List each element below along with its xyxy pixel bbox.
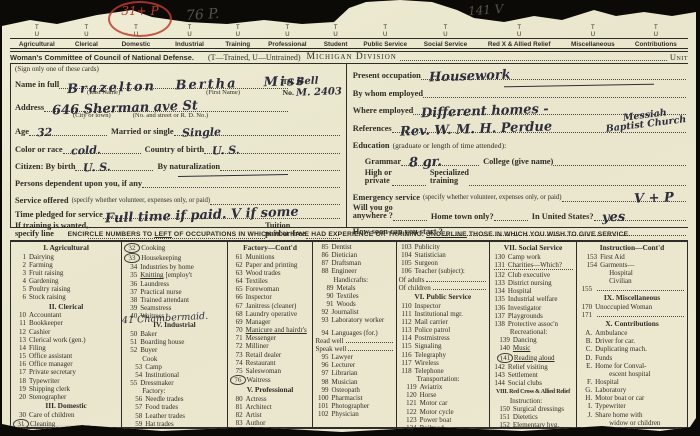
occupation-item: 13Clerical work (gen.) — [13, 336, 119, 344]
occupation-item: 37Practical nurse — [124, 288, 224, 296]
occupation-label: Institutional mgr. — [415, 310, 463, 318]
occupation-item: Read well — [315, 337, 393, 345]
occupation-number: 136 — [492, 304, 505, 312]
occupation-number: D. — [579, 354, 592, 362]
occupation-number: 93 — [315, 316, 328, 324]
occupation-item: 97Librarian — [315, 369, 393, 377]
occupation-number: 62 — [230, 261, 243, 269]
occupation-item: 112Mail carrier — [399, 318, 487, 326]
occupation-section-heading: Factory—Cont'd — [230, 244, 311, 252]
address-label: Address — [15, 103, 44, 112]
occupation-label: Laboratory — [595, 386, 626, 394]
occupation-number: 130 — [492, 253, 505, 261]
occupation-number: 121 — [404, 399, 417, 407]
occupation-number: 74 — [230, 359, 243, 367]
occupation-label-tail: [employ't — [166, 271, 193, 279]
occupation-column-3: Factory—Cont'd61Munitions62Paper and pri… — [227, 241, 313, 427]
occupation-label: Lecturer — [331, 361, 355, 369]
occupation-number: C. — [579, 345, 592, 353]
occupation-label: Trained attendant — [140, 296, 189, 304]
occupation-number: 150 — [497, 405, 510, 413]
occupation-label: Janitress (cleaner) — [246, 302, 297, 310]
occupation-number: 133 — [492, 279, 505, 287]
occupation-number: 38 — [124, 296, 137, 304]
service-offered-label: Service offered — [15, 196, 69, 205]
occupation-number: 171 — [579, 311, 592, 319]
occupation-label: Hospital — [508, 287, 532, 295]
occupation-label: Cook — [142, 355, 157, 363]
occupation-number: 65 — [230, 285, 243, 293]
occupation-item: 86Dietician — [315, 251, 393, 259]
occupation-item: 31Cleaning — [13, 419, 119, 427]
occupation-label: Driver for car. — [595, 337, 635, 345]
occupation-label: Hospital — [609, 269, 633, 277]
occupation-item: 56Needle trades — [124, 395, 224, 403]
occupation-label: Gardening — [29, 277, 59, 285]
occupation-label: Hospital — [595, 378, 619, 386]
category-social-service: TUSocial Service — [415, 25, 477, 48]
occupation-number: 3 — [13, 269, 26, 277]
occupation-number: 144 — [492, 379, 505, 387]
occupation-number: 63 — [230, 269, 243, 277]
occupation-label: Camp — [145, 363, 162, 371]
occupation-label: Garments— — [600, 261, 634, 269]
handwritten-age: 32 — [37, 128, 53, 138]
occupation-number: 14 — [13, 344, 26, 352]
trained-untrained-marks: TU — [415, 25, 477, 38]
occupation-section-heading: VI. Public Service — [399, 293, 487, 301]
category-agricultural: TUAgricultural — [10, 25, 64, 48]
occupation-number: 57 — [129, 403, 142, 411]
occupation-label: Duplicating mach. — [595, 345, 647, 353]
occupation-item: 32Cooking — [124, 243, 224, 253]
occupation-item: 143Settlement — [492, 371, 574, 379]
occupation-item: 133District nursing — [492, 279, 574, 287]
occupation-label: Instruction: — [510, 397, 542, 405]
occupation-number: 58 — [129, 412, 142, 420]
occupation-item: 65Forewoman — [230, 285, 311, 293]
handwritten-reference: Rev. W. M. H. Perdue — [400, 122, 552, 136]
references-label: References — [353, 124, 392, 133]
occupation-item: 4Gardening — [13, 277, 119, 285]
occupation-number: 64 — [230, 277, 243, 285]
occupation-label: Investigator — [508, 304, 541, 312]
category-label: Clerical — [64, 38, 110, 48]
occupation-label: Librarian — [331, 369, 357, 377]
occupation-number: 132 — [492, 271, 505, 279]
occupation-label: Recreational: — [510, 328, 547, 336]
occupation-item: 123Power boat — [399, 416, 487, 424]
occupation-item: 155 — [579, 285, 685, 293]
occupation-label: Club executive — [508, 271, 550, 279]
handwritten-married: Single — [181, 127, 220, 137]
occupation-item: 115Signaling — [399, 342, 487, 350]
handwritten-country: U. S. — [212, 146, 240, 156]
occupation-number: 111 — [399, 310, 412, 318]
name-field: Name in full Brazelton Bertha Miss — [15, 79, 288, 89]
category-label: Contributions — [624, 38, 688, 48]
form-area: (Sign only one of these cards) Tel. Bell… — [10, 63, 688, 228]
occupation-item: 73Retail dealer — [230, 351, 311, 359]
occupation-label: widow or children — [609, 419, 660, 427]
occupation-item: 94Languages (for.) — [315, 329, 393, 337]
occupation-number: 95 — [315, 353, 328, 361]
occupation-label: Civilian — [609, 277, 632, 285]
occupation-number: G. — [579, 386, 592, 394]
dotted-line — [433, 289, 486, 290]
occupation-number: 170 — [579, 303, 592, 311]
occupation-item: 30Care of children — [13, 411, 119, 419]
occupation-item: H.Motor boat or car — [579, 394, 685, 402]
occupation-number: 56 — [129, 395, 142, 403]
occupation-label: Physician — [331, 410, 358, 418]
handwritten-yes: yes — [601, 212, 624, 222]
occupation-number: 123 — [404, 416, 417, 424]
handwritten-pencil-note: 76 P. — [185, 6, 219, 24]
occupation-number: 11 — [13, 319, 26, 327]
occupation-label: Institutional — [145, 371, 179, 379]
occupation-item: 63Wood trades — [230, 269, 311, 277]
occupation-label: First Aid — [600, 253, 625, 261]
category-label: Miscellaneous — [562, 38, 624, 48]
occupation-number: 139 — [497, 336, 510, 344]
occupation-item: 117Wireless — [399, 359, 487, 367]
occupation-item: 120Horse — [399, 391, 487, 399]
occupation-item: 113Police patrol — [399, 326, 487, 334]
occupation-label: Hat trades — [145, 420, 174, 427]
occupation-label: Motor car — [420, 399, 448, 407]
occupation-label: Unoccupied Woman — [595, 303, 652, 311]
occupation-label: Camp work — [508, 253, 541, 261]
occupation-item: 53Camp — [124, 363, 224, 371]
dotted-line — [346, 342, 393, 343]
occupation-label: Textiles — [336, 292, 358, 300]
occupation-section-heading: VIII. Red Cross & Allied Relief — [492, 388, 574, 396]
occupation-number: 103 — [399, 243, 412, 251]
occupation-number: 1 — [13, 253, 26, 261]
time-pledged-field: Time pledged for service Full time if pa… — [15, 209, 340, 219]
occupation-item: 39Seamstress — [124, 304, 224, 312]
occupation-item: 104Statistician — [399, 251, 487, 259]
occupation-item: 11Bookkeeper — [13, 319, 119, 327]
occupation-label: Laboratory worker — [331, 316, 384, 324]
occupation-number: 17 — [13, 368, 26, 376]
occupation-column-4: 85Dentist86Dietician87Draftsman88Enginee… — [312, 241, 395, 427]
handwritten-red-circled-note: 31+ P — [108, 1, 172, 37]
occupation-label: Typewriter — [29, 377, 60, 385]
handwritten-stroke — [178, 174, 288, 177]
occupation-section-heading: II. Clerical — [13, 303, 119, 311]
occupation-label: Inspector — [246, 293, 272, 301]
occupation-number: 116 — [399, 351, 412, 359]
occupation-label: Office manager — [29, 360, 73, 368]
occupation-label: Railroad — [420, 424, 444, 427]
occupation-item: F.Hospital — [579, 378, 685, 386]
occupation-label: Waitress — [247, 376, 271, 384]
occupation-number: 100 — [315, 394, 328, 402]
occupation-item: C.Duplicating mach. — [579, 345, 685, 353]
handwritten-stroke — [504, 84, 654, 88]
occupation-label: Photographer — [331, 402, 369, 410]
occupation-number: 85 — [315, 243, 328, 251]
occupation-number: 88 — [315, 267, 328, 275]
occupation-label: Motor cycle — [420, 408, 454, 416]
age-field: Age 32 Married or single Single — [15, 126, 340, 136]
race-field: Color or race cold. Country of birth U. … — [15, 144, 340, 154]
occupation-label: Engineer — [331, 267, 356, 275]
occupation-section-heading: IV. Industrial41 Chambermaid. — [124, 321, 224, 329]
occupation-number: 18 — [13, 377, 26, 385]
occupation-number: 112 — [399, 318, 412, 326]
race-label: Color or race — [15, 145, 63, 154]
occupation-item: 62Paper and printing — [230, 261, 311, 269]
occupation-number: 4 — [13, 277, 26, 285]
occupation-number: B. — [579, 337, 592, 345]
occupation-item: 114Postmistress — [399, 334, 487, 342]
occupation-item: 105Surgeon — [399, 259, 487, 267]
occupation-label: Baker — [140, 330, 157, 338]
occupation-label: Accountant — [29, 311, 61, 319]
occupation-item: 1Dairying — [13, 253, 119, 261]
occupation-item: 138Protective assoc'n — [492, 320, 574, 328]
occupation-label: Private secretary — [29, 368, 76, 376]
committee-row: Woman's Committee of Council of National… — [10, 52, 688, 62]
pen-circled-number: 76 — [229, 374, 246, 386]
age-label: Age — [15, 127, 29, 136]
occupation-item: 90Textiles — [315, 292, 393, 300]
occupation-label: Milliner — [246, 342, 269, 350]
occupations-grid: I. Agricultural1Dairying2Farming3Fruit r… — [10, 241, 688, 429]
occupation-label: Retail dealer — [246, 351, 282, 359]
handwritten-race: cold. — [70, 145, 100, 155]
pen-circled-number: 33 — [124, 252, 141, 264]
emergency-service-label: Emergency service — [353, 193, 420, 202]
occupation-number: 61 — [230, 253, 243, 261]
occupation-label: Author — [246, 419, 266, 427]
occupation-number: 86 — [315, 251, 328, 259]
occupation-field: Present occupation Housework — [353, 70, 686, 80]
occupation-item: 50Baker — [124, 330, 224, 338]
occupation-label: Publicity — [415, 243, 440, 251]
division-title: Michigan Division — [307, 52, 397, 62]
occupation-number: 96 — [315, 361, 328, 369]
occupation-item: 111Institutional mgr. — [399, 310, 487, 318]
occupation-label: Languages (for.) — [331, 329, 377, 337]
occupation-label: Police patrol — [415, 326, 451, 334]
occupation-item: 19Shipping clerk — [13, 385, 119, 393]
occupation-number: 89 — [320, 284, 333, 292]
pen-circled-number: 31 — [13, 418, 30, 427]
occupation-item: 15Office assistant — [13, 352, 119, 360]
occupation-number: 110 — [399, 302, 412, 310]
trained-untrained-marks: TU — [163, 25, 217, 38]
occupation-item: 99Osteopath — [315, 386, 393, 394]
occupation-item: 57Food trades — [124, 403, 224, 411]
occupation-label: Practical nurse — [140, 288, 181, 296]
occupation-item: Of adults — [399, 276, 487, 284]
occupation-label: Osteopath — [331, 386, 359, 394]
category-label: Training — [216, 38, 259, 48]
occupation-number: F. — [579, 378, 592, 386]
occupation-number: 55 — [124, 379, 137, 387]
occupation-item: 132Club executive — [492, 271, 574, 279]
registration-card: TUAgriculturalTUClericalTUDomesticTUIndu… — [2, 0, 696, 434]
occupation-item: 170Unoccupied Woman — [579, 303, 685, 311]
address-field: Address 646 Sherman ave St — [15, 102, 288, 112]
occupation-number: 71 — [230, 334, 243, 342]
occupation-item: Of children — [399, 284, 487, 292]
occupation-item: 96Lecturer — [315, 361, 393, 369]
occupation-label: escent hospital — [609, 370, 650, 378]
occupation-label: Knitting — [140, 271, 163, 279]
occupation-item: 55Dressmaker — [124, 379, 224, 387]
occupation-label: Boarding house — [140, 338, 184, 346]
occupation-number: 72 — [230, 342, 243, 350]
occupation-item: 35Knitting[employ't — [124, 271, 224, 279]
category-label: Social Service — [415, 38, 477, 48]
occupation-section-heading: VII. Social Service — [492, 244, 574, 252]
occupation-item: 66Inspector — [230, 293, 311, 301]
occupation-number: 105 — [399, 259, 412, 267]
occupation-item: 151Dietetics — [492, 413, 574, 421]
occupation-label: Aviatrix — [420, 383, 443, 391]
occupation-item: 116Telegraphy — [399, 351, 487, 359]
occupation-item: 152Elementary hyg. — [492, 421, 574, 427]
occupation-number: 118 — [399, 367, 412, 375]
occupation-item: 106Teacher (subject): — [399, 267, 487, 275]
dotted-line — [494, 269, 573, 270]
occupation-number: 5 — [13, 285, 26, 293]
sign-note: (Sign only one of these cards) — [15, 65, 340, 74]
occupation-label: Dietician — [331, 251, 357, 259]
occupation-column-7: Instruction—Cont'd153First Aid154Garment… — [576, 241, 687, 427]
occupation-number: 117 — [399, 359, 412, 367]
trained-untrained-marks: TU — [562, 25, 624, 38]
occupation-number: 87 — [315, 259, 328, 267]
occupation-number: 131 — [492, 261, 505, 269]
handwritten-occupation: Housework — [429, 71, 511, 83]
occupation-label: Cooking — [141, 244, 165, 252]
occupation-item: 80Actress — [230, 395, 311, 403]
occupation-item: 34Industries by home — [124, 263, 224, 271]
trained-untrained-marks: TU — [624, 25, 688, 38]
occupation-label: Typewriter — [595, 402, 626, 410]
occupation-item: 64Textiles — [230, 277, 311, 285]
instruction-banner: ENCIRCLE NUMBERS TO LEFT OF OCCUPATIONS … — [10, 227, 688, 242]
occupation-label: Metals — [336, 284, 355, 292]
occupation-item: 101Photographer — [315, 402, 393, 410]
citizen-field: Citizen: By birth U. S. By naturalizatio… — [15, 161, 340, 171]
occupation-label: Power boat — [420, 416, 452, 424]
occupation-label: Artist — [246, 411, 262, 419]
occupation-label: Signaling — [415, 342, 442, 350]
occupation-item: widow or children — [579, 419, 685, 427]
occupation-number: 142 — [492, 363, 505, 371]
occupation-item: 20Stenographer — [13, 393, 119, 401]
occupation-subheading: Factory: — [124, 387, 224, 395]
occupation-label: Leather trades — [145, 412, 185, 420]
occupation-item: 141Reading aloud — [492, 353, 574, 363]
trained-untrained-marks: TU — [216, 25, 259, 38]
dotted-line — [426, 281, 485, 282]
occupation-label: Postmistress — [415, 334, 450, 342]
occupation-label: Dairying — [29, 253, 54, 261]
occupation-label: Relief visiting — [508, 363, 548, 371]
category-professional: TUProfessional — [259, 25, 315, 48]
category-industrial: TUIndustrial — [163, 25, 217, 48]
employer-label: By whom employed — [353, 89, 423, 98]
occupation-number: 35 — [124, 271, 137, 279]
occupation-label: Playgrounds — [508, 312, 543, 320]
occupation-label: Stock raising — [29, 293, 66, 301]
form-right-column: Present occupation Housework By whom emp… — [347, 64, 688, 228]
occupation-number: 66 — [230, 293, 243, 301]
occupation-item: I.Typewriter — [579, 402, 685, 410]
occupation-label: Dentist — [331, 243, 351, 251]
occupation-item: 130Camp work — [492, 253, 574, 261]
unit-label: Unit — [670, 52, 688, 62]
category-training: TUTraining — [216, 25, 259, 48]
occupation-number: 50 — [124, 330, 137, 338]
trained-untrained-marks: TU — [259, 25, 315, 38]
occupation-label: Lawyer — [331, 353, 352, 361]
occupation-label: Home for Conval- — [595, 362, 646, 370]
country-label: Country of birth — [145, 145, 205, 154]
occupation-subheading: Instruction: — [492, 397, 574, 405]
occupation-label: Care of children — [29, 411, 74, 419]
education-label: Education — [353, 141, 390, 150]
occupation-label: Ambulance — [595, 329, 627, 337]
occupation-item: 92Journalist — [315, 308, 393, 316]
dependents-field: Persons dependent upon you, if any — [15, 178, 340, 188]
occupation-number: H. — [579, 394, 592, 402]
occupation-number: 69 — [230, 318, 243, 326]
occupation-item: 153First Aid — [579, 253, 685, 261]
occupation-label: Statistician — [415, 251, 446, 259]
occupation-number: 37 — [124, 288, 137, 296]
occupation-number: 53 — [129, 363, 142, 371]
education-heading: Education (graduate or length of time at… — [353, 141, 686, 150]
occupation-number: 101 — [315, 402, 328, 410]
occupation-item: 18Typewriter — [13, 377, 119, 385]
pen-circled-number: 141 — [496, 352, 513, 364]
category-public-service: TUPublic Service — [356, 25, 415, 48]
occupation-label: Industries by home — [140, 263, 194, 271]
occupation-number: 30 — [13, 411, 26, 419]
occupation-item: 124Railroad — [399, 424, 487, 427]
hometown-label: Home town only? — [431, 212, 494, 221]
occupation-item: 70Manicure and hairdr's — [230, 326, 311, 334]
occupation-label: Restaurant — [246, 359, 276, 367]
occupation-item: 85Dentist — [315, 243, 393, 251]
occupation-item: 14Filing — [13, 344, 119, 352]
occupation-label: Textiles — [246, 277, 268, 285]
occupation-number: 153 — [584, 253, 597, 261]
occupation-number: 94 — [315, 329, 328, 337]
occupation-number: 82 — [230, 411, 243, 419]
occupation-item: 76Waitress — [230, 375, 311, 385]
occupation-number: 135 — [492, 295, 505, 303]
occupation-label: Journalist — [331, 308, 358, 316]
occupation-number: 134 — [492, 287, 505, 295]
grammar-label: Grammar — [365, 157, 401, 166]
occupation-item: 72Milliner — [230, 342, 311, 350]
dependents-label: Persons dependent upon you, if any — [15, 179, 142, 188]
occupation-number: 90 — [320, 292, 333, 300]
occupation-number: 92 — [315, 308, 328, 316]
occupation-label: Cashier — [29, 328, 50, 336]
occupation-column-5: 103Publicity104Statistician105Surgeon106… — [396, 241, 489, 427]
